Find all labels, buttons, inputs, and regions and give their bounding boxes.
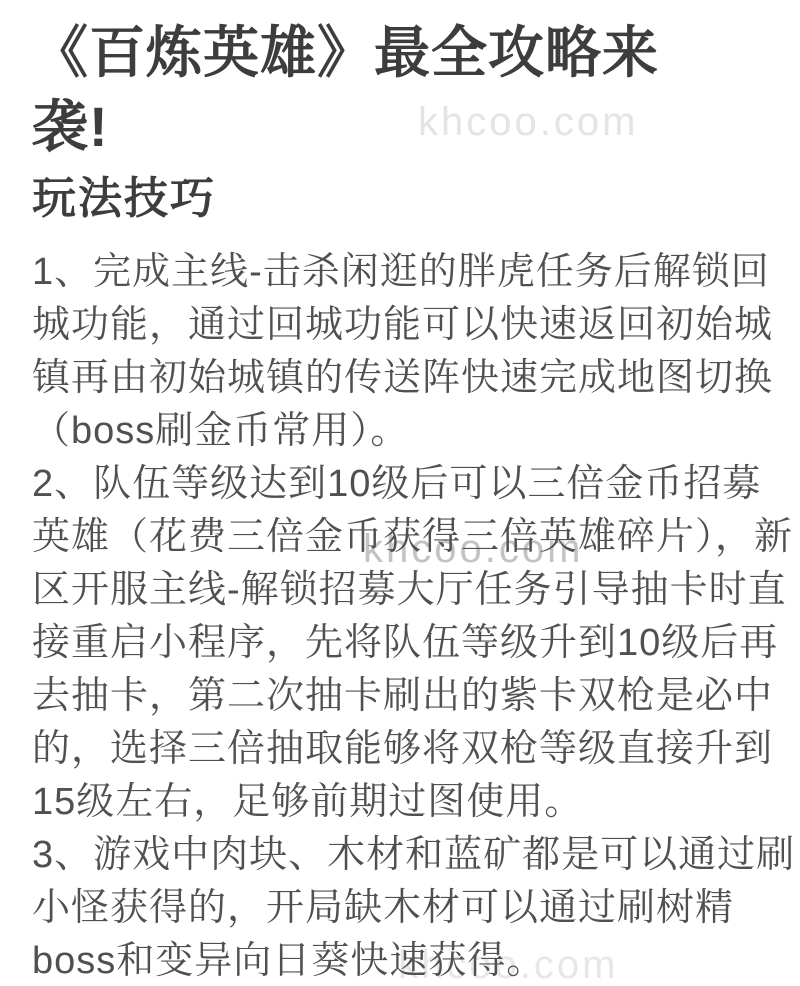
text-line: 的，选择三倍抽取能够将双枪等级直接升到 bbox=[32, 723, 770, 776]
text-line: 小怪获得的，开局缺木材可以通过刷树精 bbox=[32, 882, 770, 935]
text-line: 区开服主线-解锁招募大厅任务引导抽卡时直 bbox=[32, 564, 770, 617]
page-title: 《百炼英雄》最全攻略来 袭! bbox=[32, 16, 770, 164]
paragraph-3: 3、游戏中肉块、木材和蓝矿都是可以通过刷 小怪获得的，开局缺木材可以通过刷树精 … bbox=[32, 829, 770, 986]
text-line: 1、完成主线-击杀闲逛的胖虎任务后解锁回 bbox=[32, 246, 770, 299]
text-line: 英雄（花费三倍金币获得三倍英雄碎片），新 bbox=[32, 511, 770, 564]
text-line: （boss刷金币常用）。 bbox=[32, 405, 770, 458]
text-line: boss和变异向日葵快速获得。 bbox=[32, 935, 770, 986]
page-title-line-1: 《百炼英雄》最全攻略来 bbox=[32, 16, 770, 90]
article: 《百炼英雄》最全攻略来 袭! 玩法技巧 1、完成主线-击杀闲逛的胖虎任务后解锁回… bbox=[0, 16, 800, 986]
text-line: 3、游戏中肉块、木材和蓝矿都是可以通过刷 bbox=[32, 829, 770, 882]
page-title-line-2: 袭! bbox=[32, 90, 770, 164]
paragraph-1: 1、完成主线-击杀闲逛的胖虎任务后解锁回 城功能，通过回城功能可以快速返回初始城… bbox=[32, 246, 770, 458]
text-line: 接重启小程序，先将队伍等级升到10级后再 bbox=[32, 617, 770, 670]
text-line: 15级左右，足够前期过图使用。 bbox=[32, 776, 770, 829]
text-line: 去抽卡，第二次抽卡刷出的紫卡双枪是必中 bbox=[32, 670, 770, 723]
paragraph-2: 2、队伍等级达到10级后可以三倍金币招募 英雄（花费三倍金币获得三倍英雄碎片），… bbox=[32, 458, 770, 829]
article-body: 1、完成主线-击杀闲逛的胖虎任务后解锁回 城功能，通过回城功能可以快速返回初始城… bbox=[32, 246, 770, 986]
text-line: 2、队伍等级达到10级后可以三倍金币招募 bbox=[32, 458, 770, 511]
text-line: 城功能，通过回城功能可以快速返回初始城 bbox=[32, 299, 770, 352]
section-heading: 玩法技巧 bbox=[32, 174, 770, 224]
text-line: 镇再由初始城镇的传送阵快速完成地图切换 bbox=[32, 352, 770, 405]
